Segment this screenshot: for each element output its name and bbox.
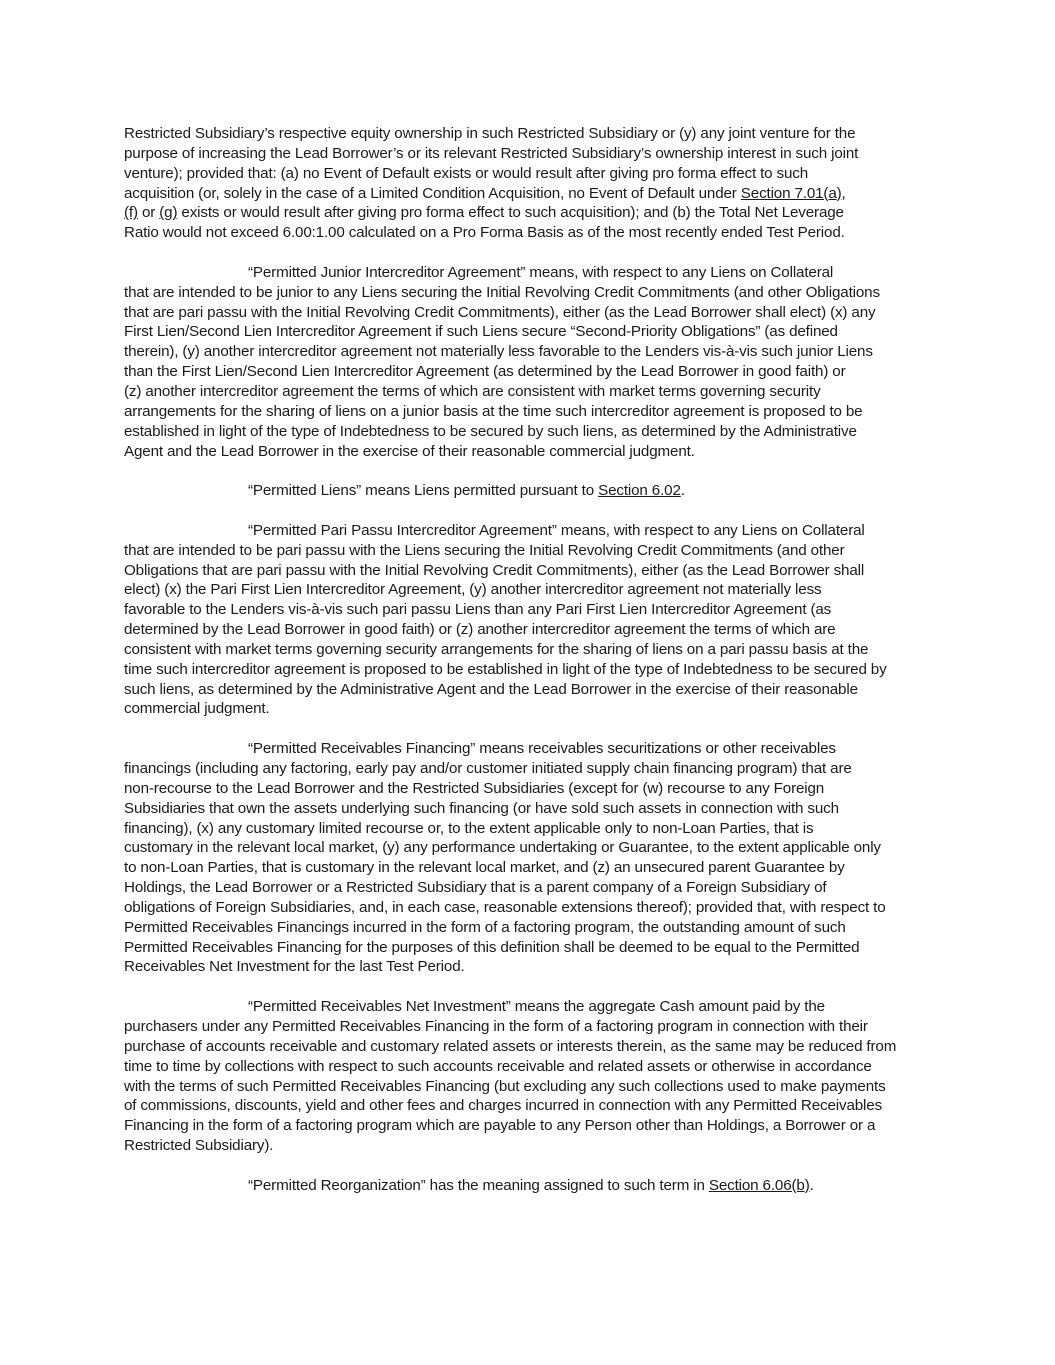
definition-paragraph-permitted-junior-intercreditor-agreement: “Permitted Junior Intercreditor Agreemen… <box>124 263 936 461</box>
text-line: time such intercreditor agreement is pro… <box>124 660 936 680</box>
text-line: Subsidiaries that own the assets underly… <box>124 799 936 819</box>
text-line: purchasers under any Permitted Receivabl… <box>124 1017 936 1037</box>
text-segment: commercial judgment. <box>124 700 270 717</box>
definition-paragraph-permitted-pari-passu-intercreditor-agreement: “Permitted Pari Passu Intercreditor Agre… <box>124 521 936 719</box>
section-reference-link[interactable]: (f) <box>124 204 138 221</box>
text-segment: Permitted Receivables Financings incurre… <box>124 919 846 936</box>
definition-paragraph-permitted-receivables-net-investment: “Permitted Receivables Net Investment” m… <box>124 997 936 1156</box>
text-segment: First Lien/Second Lien Intercreditor Agr… <box>124 323 838 340</box>
text-line: (f) or (g) exists or would result after … <box>124 203 936 223</box>
text-line: Agent and the Lead Borrower in the exerc… <box>124 442 936 462</box>
text-segment: or <box>138 204 159 221</box>
text-segment: “Permitted Junior Intercreditor Agreemen… <box>248 264 833 281</box>
text-segment: obligations of Foreign Subsidiaries, and… <box>124 899 886 916</box>
text-line: “Permitted Liens” means Liens permitted … <box>124 481 936 501</box>
text-line: with the terms of such Permitted Receiva… <box>124 1077 936 1097</box>
text-line: obligations of Foreign Subsidiaries, and… <box>124 898 936 918</box>
text-segment: consistent with market terms governing s… <box>124 641 868 658</box>
text-segment: Receivables Net Investment for the last … <box>124 958 465 975</box>
text-segment: favorable to the Lenders vis-à-vis such … <box>124 601 831 618</box>
text-segment: than the First Lien/Second Lien Intercre… <box>124 363 846 380</box>
text-segment: Restricted Subsidiary’s respective equit… <box>124 125 855 142</box>
text-segment: time such intercreditor agreement is pro… <box>124 661 887 678</box>
text-line: commercial judgment. <box>124 699 936 719</box>
text-line: therein), (y) another intercreditor agre… <box>124 342 936 362</box>
text-line: Receivables Net Investment for the last … <box>124 957 936 977</box>
text-segment: to non-Loan Parties, that is customary i… <box>124 859 845 876</box>
text-line: financing), (x) any customary limited re… <box>124 819 936 839</box>
text-line: “Permitted Reorganization” has the meani… <box>124 1176 936 1196</box>
text-line: that are intended to be junior to any Li… <box>124 283 936 303</box>
document-page: Restricted Subsidiary’s respective equit… <box>124 124 936 1215</box>
text-segment: “Permitted Reorganization” has the meani… <box>248 1177 709 1194</box>
text-line: Restricted Subsidiary). <box>124 1136 936 1156</box>
text-segment: Financing in the form of a factoring pro… <box>124 1117 875 1134</box>
text-line: that are pari passu with the Initial Rev… <box>124 303 936 323</box>
text-line: established in light of the type of Inde… <box>124 422 936 442</box>
text-line: Financing in the form of a factoring pro… <box>124 1116 936 1136</box>
text-line: venture); provided that: (a) no Event of… <box>124 164 936 184</box>
text-segment: that are pari passu with the Initial Rev… <box>124 304 875 321</box>
text-segment: Subsidiaries that own the assets underly… <box>124 800 839 817</box>
text-line: time to time by collections with respect… <box>124 1057 936 1077</box>
text-segment: Holdings, the Lead Borrower or a Restric… <box>124 879 827 896</box>
text-line: to non-Loan Parties, that is customary i… <box>124 858 936 878</box>
text-line: Obligations that are pari passu with the… <box>124 561 936 581</box>
text-line: of commissions, discounts, yield and oth… <box>124 1096 936 1116</box>
text-segment: non-recourse to the Lead Borrower and th… <box>124 780 824 797</box>
text-line: Restricted Subsidiary’s respective equit… <box>124 124 936 144</box>
text-line: customary in the relevant local market, … <box>124 838 936 858</box>
text-segment: elect) (x) the Pari First Lien Intercred… <box>124 581 821 598</box>
text-line: Ratio would not exceed 6.00:1.00 calcula… <box>124 223 936 243</box>
text-line: non-recourse to the Lead Borrower and th… <box>124 779 936 799</box>
text-line: acquisition (or, solely in the case of a… <box>124 184 936 204</box>
text-line: such liens, as determined by the Adminis… <box>124 680 936 700</box>
text-segment: exists or would result after giving pro … <box>177 204 843 221</box>
text-segment: therein), (y) another intercreditor agre… <box>124 343 873 360</box>
text-segment: that are intended to be junior to any Li… <box>124 284 880 301</box>
text-line: financings (including any factoring, ear… <box>124 759 936 779</box>
text-segment: , <box>842 185 846 202</box>
text-segment: purchasers under any Permitted Receivabl… <box>124 1018 868 1035</box>
text-segment: time to time by collections with respect… <box>124 1058 872 1075</box>
text-segment: such liens, as determined by the Adminis… <box>124 681 858 698</box>
text-line: (z) another intercreditor agreement the … <box>124 382 936 402</box>
definition-paragraph-permitted-receivables-financing: “Permitted Receivables Financing” means … <box>124 739 936 977</box>
section-reference-link[interactable]: Section 6.06(b) <box>709 1177 810 1194</box>
text-segment: Obligations that are pari passu with the… <box>124 562 864 579</box>
text-line: favorable to the Lenders vis-à-vis such … <box>124 600 936 620</box>
text-line: Holdings, the Lead Borrower or a Restric… <box>124 878 936 898</box>
text-segment: Agent and the Lead Borrower in the exerc… <box>124 443 695 460</box>
text-line: arrangements for the sharing of liens on… <box>124 402 936 422</box>
text-segment: of commissions, discounts, yield and oth… <box>124 1097 882 1114</box>
text-segment: with the terms of such Permitted Receiva… <box>124 1078 886 1095</box>
text-line: First Lien/Second Lien Intercreditor Agr… <box>124 322 936 342</box>
text-segment: that are intended to be pari passu with … <box>124 542 845 559</box>
definition-paragraph-permitted-liens: “Permitted Liens” means Liens permitted … <box>124 481 936 501</box>
text-segment: “Permitted Pari Passu Intercreditor Agre… <box>248 522 865 539</box>
text-segment: customary in the relevant local market, … <box>124 839 881 856</box>
text-segment: Permitted Receivables Financing for the … <box>124 939 859 956</box>
section-reference-link[interactable]: Section 7.01(a) <box>741 185 842 202</box>
text-line: “Permitted Receivables Net Investment” m… <box>124 997 936 1017</box>
text-segment: Restricted Subsidiary). <box>124 1137 273 1154</box>
text-line: purchase of accounts receivable and cust… <box>124 1037 936 1057</box>
text-line: consistent with market terms governing s… <box>124 640 936 660</box>
text-segment: financing), (x) any customary limited re… <box>124 820 813 837</box>
definition-paragraph-continuation: Restricted Subsidiary’s respective equit… <box>124 124 936 243</box>
text-segment: “Permitted Receivables Net Investment” m… <box>248 998 825 1015</box>
text-line: elect) (x) the Pari First Lien Intercred… <box>124 580 936 600</box>
text-segment: . <box>681 482 685 499</box>
text-segment: acquisition (or, solely in the case of a… <box>124 185 741 202</box>
section-reference-link[interactable]: Section 6.02 <box>598 482 681 499</box>
text-segment: (z) another intercreditor agreement the … <box>124 383 821 400</box>
text-segment: purchase of accounts receivable and cust… <box>124 1038 896 1055</box>
text-line: Permitted Receivables Financing for the … <box>124 938 936 958</box>
text-segment: purpose of increasing the Lead Borrower’… <box>124 145 858 162</box>
text-segment: financings (including any factoring, ear… <box>124 760 852 777</box>
section-reference-link[interactable]: (g) <box>159 204 177 221</box>
text-line: that are intended to be pari passu with … <box>124 541 936 561</box>
text-segment: Ratio would not exceed 6.00:1.00 calcula… <box>124 224 845 241</box>
text-segment: established in light of the type of Inde… <box>124 423 857 440</box>
text-segment: venture); provided that: (a) no Event of… <box>124 165 808 182</box>
text-line: “Permitted Pari Passu Intercreditor Agre… <box>124 521 936 541</box>
text-line: determined by the Lead Borrower in good … <box>124 620 936 640</box>
text-line: purpose of increasing the Lead Borrower’… <box>124 144 936 164</box>
text-line: “Permitted Junior Intercreditor Agreemen… <box>124 263 936 283</box>
text-line: Permitted Receivables Financings incurre… <box>124 918 936 938</box>
text-segment: arrangements for the sharing of liens on… <box>124 403 862 420</box>
text-segment: “Permitted Receivables Financing” means … <box>248 740 836 757</box>
definition-paragraph-permitted-reorganization: “Permitted Reorganization” has the meani… <box>124 1176 936 1196</box>
text-line: than the First Lien/Second Lien Intercre… <box>124 362 936 382</box>
text-segment: determined by the Lead Borrower in good … <box>124 621 835 638</box>
text-line: “Permitted Receivables Financing” means … <box>124 739 936 759</box>
text-segment: . <box>810 1177 814 1194</box>
text-segment: “Permitted Liens” means Liens permitted … <box>248 482 598 499</box>
